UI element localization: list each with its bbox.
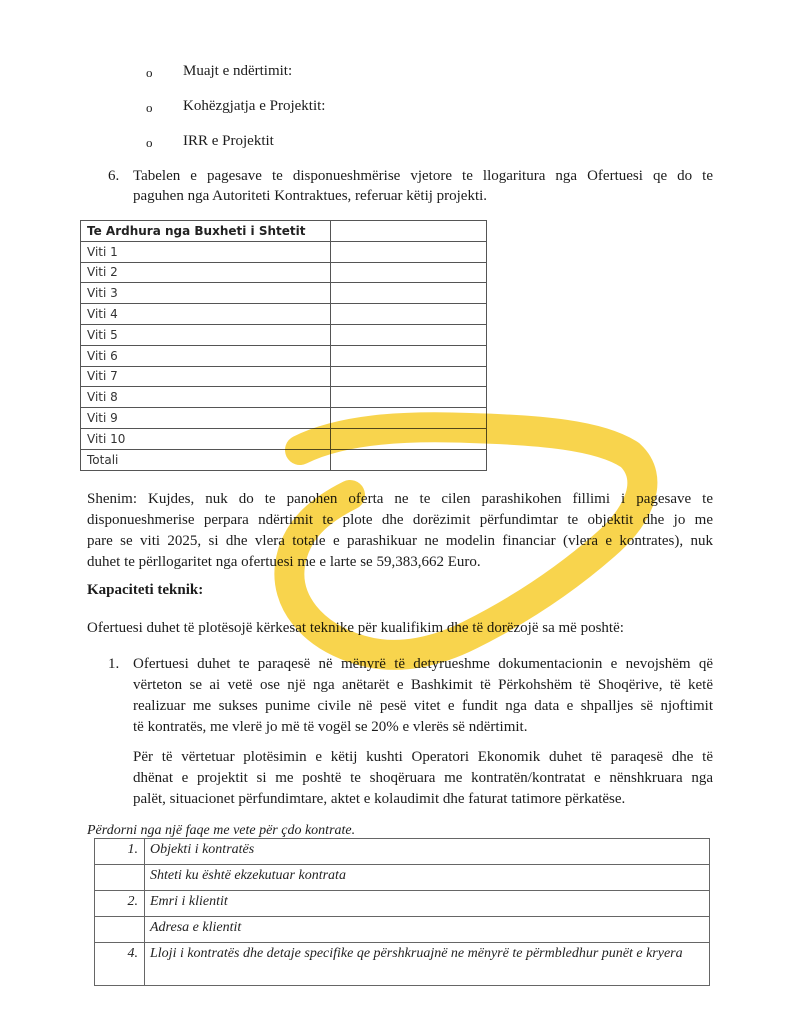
note-line: disponueshmerise perpara ndërtimit te pl… [87, 510, 713, 531]
row-label: Lloji i kontratës dhe detaje specifike q… [145, 943, 710, 986]
table-row: Adresa e klientit [95, 917, 710, 943]
table-row: 1.Objekti i kontratës [95, 839, 710, 865]
note-line: duhet te përllogaritet nga ofertuesi me … [87, 552, 713, 573]
table-value-cell[interactable] [331, 428, 487, 449]
item-text-line: palët, situacionet përfundimtare, aktet … [133, 789, 713, 810]
bullet-item: IRR e Projektit [183, 131, 274, 152]
table-value-cell[interactable] [331, 366, 487, 387]
table-row-label: Viti 9 [81, 408, 331, 429]
table-header-row: Te Ardhura nga Buxheti i Shtetit [81, 221, 487, 242]
item-text-line: realizuar me sukses punime civile në pes… [133, 696, 713, 717]
row-number: 4. [95, 943, 145, 986]
table-row-label: Viti 5 [81, 324, 331, 345]
table-row: Viti 7 [81, 366, 487, 387]
table-row-label: Viti 1 [81, 241, 331, 262]
table-row: 4.Lloji i kontratës dhe detaje specifike… [95, 943, 710, 986]
table-value-cell[interactable] [331, 324, 487, 345]
table-row-label: Totali [81, 449, 331, 470]
row-number: 2. [95, 891, 145, 917]
table-row: Viti 8 [81, 387, 487, 408]
row-number [95, 917, 145, 943]
bullet-item: Muajt e ndërtimit: [183, 61, 292, 82]
table-row: Viti 1 [81, 241, 487, 262]
bullet-marker: o [146, 132, 153, 153]
table-value-cell[interactable] [331, 262, 487, 283]
bullet-marker: o [146, 97, 153, 118]
table-row-label: Viti 10 [81, 428, 331, 449]
bullet-item: Kohëzgjatja e Projektit: [183, 96, 325, 117]
revenue-table: Te Ardhura nga Buxheti i Shtetit Viti 1V… [80, 220, 487, 471]
document-page: o Muajt e ndërtimit: o Kohëzgjatja e Pro… [0, 0, 796, 1024]
row-label: Shteti ku është ekzekutuar kontrata [145, 865, 710, 891]
table-row: Shteti ku është ekzekutuar kontrata [95, 865, 710, 891]
table-value-cell[interactable] [331, 345, 487, 366]
table-row: Viti 6 [81, 345, 487, 366]
table-row: 2.Emri i klientit [95, 891, 710, 917]
table-row-label: Viti 3 [81, 283, 331, 304]
section-heading: Kapaciteti teknik: [87, 580, 203, 601]
table-row: Viti 9 [81, 408, 487, 429]
table-value-cell[interactable] [331, 387, 487, 408]
row-number [95, 865, 145, 891]
table-row-label: Viti 6 [81, 345, 331, 366]
table-row: Viti 3 [81, 283, 487, 304]
table-row-label: Viti 2 [81, 262, 331, 283]
item-number: 6. [108, 166, 119, 187]
table-row-label: Viti 7 [81, 366, 331, 387]
note-line: Shenim: Kujdes, nuk do te panohen oferta… [87, 489, 713, 510]
table-row: Viti 10 [81, 428, 487, 449]
table-row: Viti 4 [81, 304, 487, 325]
contracts-table: 1.Objekti i kontratësShteti ku është ekz… [94, 838, 710, 986]
item-text-line: Ofertuesi duhet te paraqesë në mënyrë të… [133, 654, 713, 675]
table-value-cell[interactable] [331, 283, 487, 304]
intro-paragraph: Ofertuesi duhet të plotësojë kërkesat te… [87, 618, 727, 639]
item-text-line: Për të vërtetuar plotësimin e këtij kush… [133, 747, 713, 768]
row-label: Adresa e klientit [145, 917, 710, 943]
item-text-line: vërteton se ai vetë ose një nga anëtarët… [133, 675, 713, 696]
item-text-line: paguhen nga Autoriteti Kontraktues, refe… [133, 186, 713, 207]
note-line: pare se viti 2025, si dhe vlera totale e… [87, 531, 713, 552]
table-value-cell[interactable] [331, 449, 487, 470]
item-text-line: dhënat e projektit si me poshtë te shoqë… [133, 768, 713, 789]
table-row-label: Viti 4 [81, 304, 331, 325]
row-label: Objekti i kontratës [145, 839, 710, 865]
table-value-cell[interactable] [331, 408, 487, 429]
item-text-line: Tabelen e pagesave te disponueshmërise v… [133, 166, 713, 187]
table-value-cell[interactable] [331, 304, 487, 325]
table-value-cell[interactable] [331, 221, 487, 242]
table-row: Totali [81, 449, 487, 470]
table-row: Viti 5 [81, 324, 487, 345]
table-value-cell[interactable] [331, 241, 487, 262]
row-label: Emri i klientit [145, 891, 710, 917]
bullet-marker: o [146, 62, 153, 83]
table-row-label: Viti 8 [81, 387, 331, 408]
table-header-cell: Te Ardhura nga Buxheti i Shtetit [81, 221, 331, 242]
item-text-line: të kontratës, me vlerë jo më të vogël se… [133, 717, 713, 738]
item-number: 1. [108, 654, 119, 675]
row-number: 1. [95, 839, 145, 865]
table-row: Viti 2 [81, 262, 487, 283]
